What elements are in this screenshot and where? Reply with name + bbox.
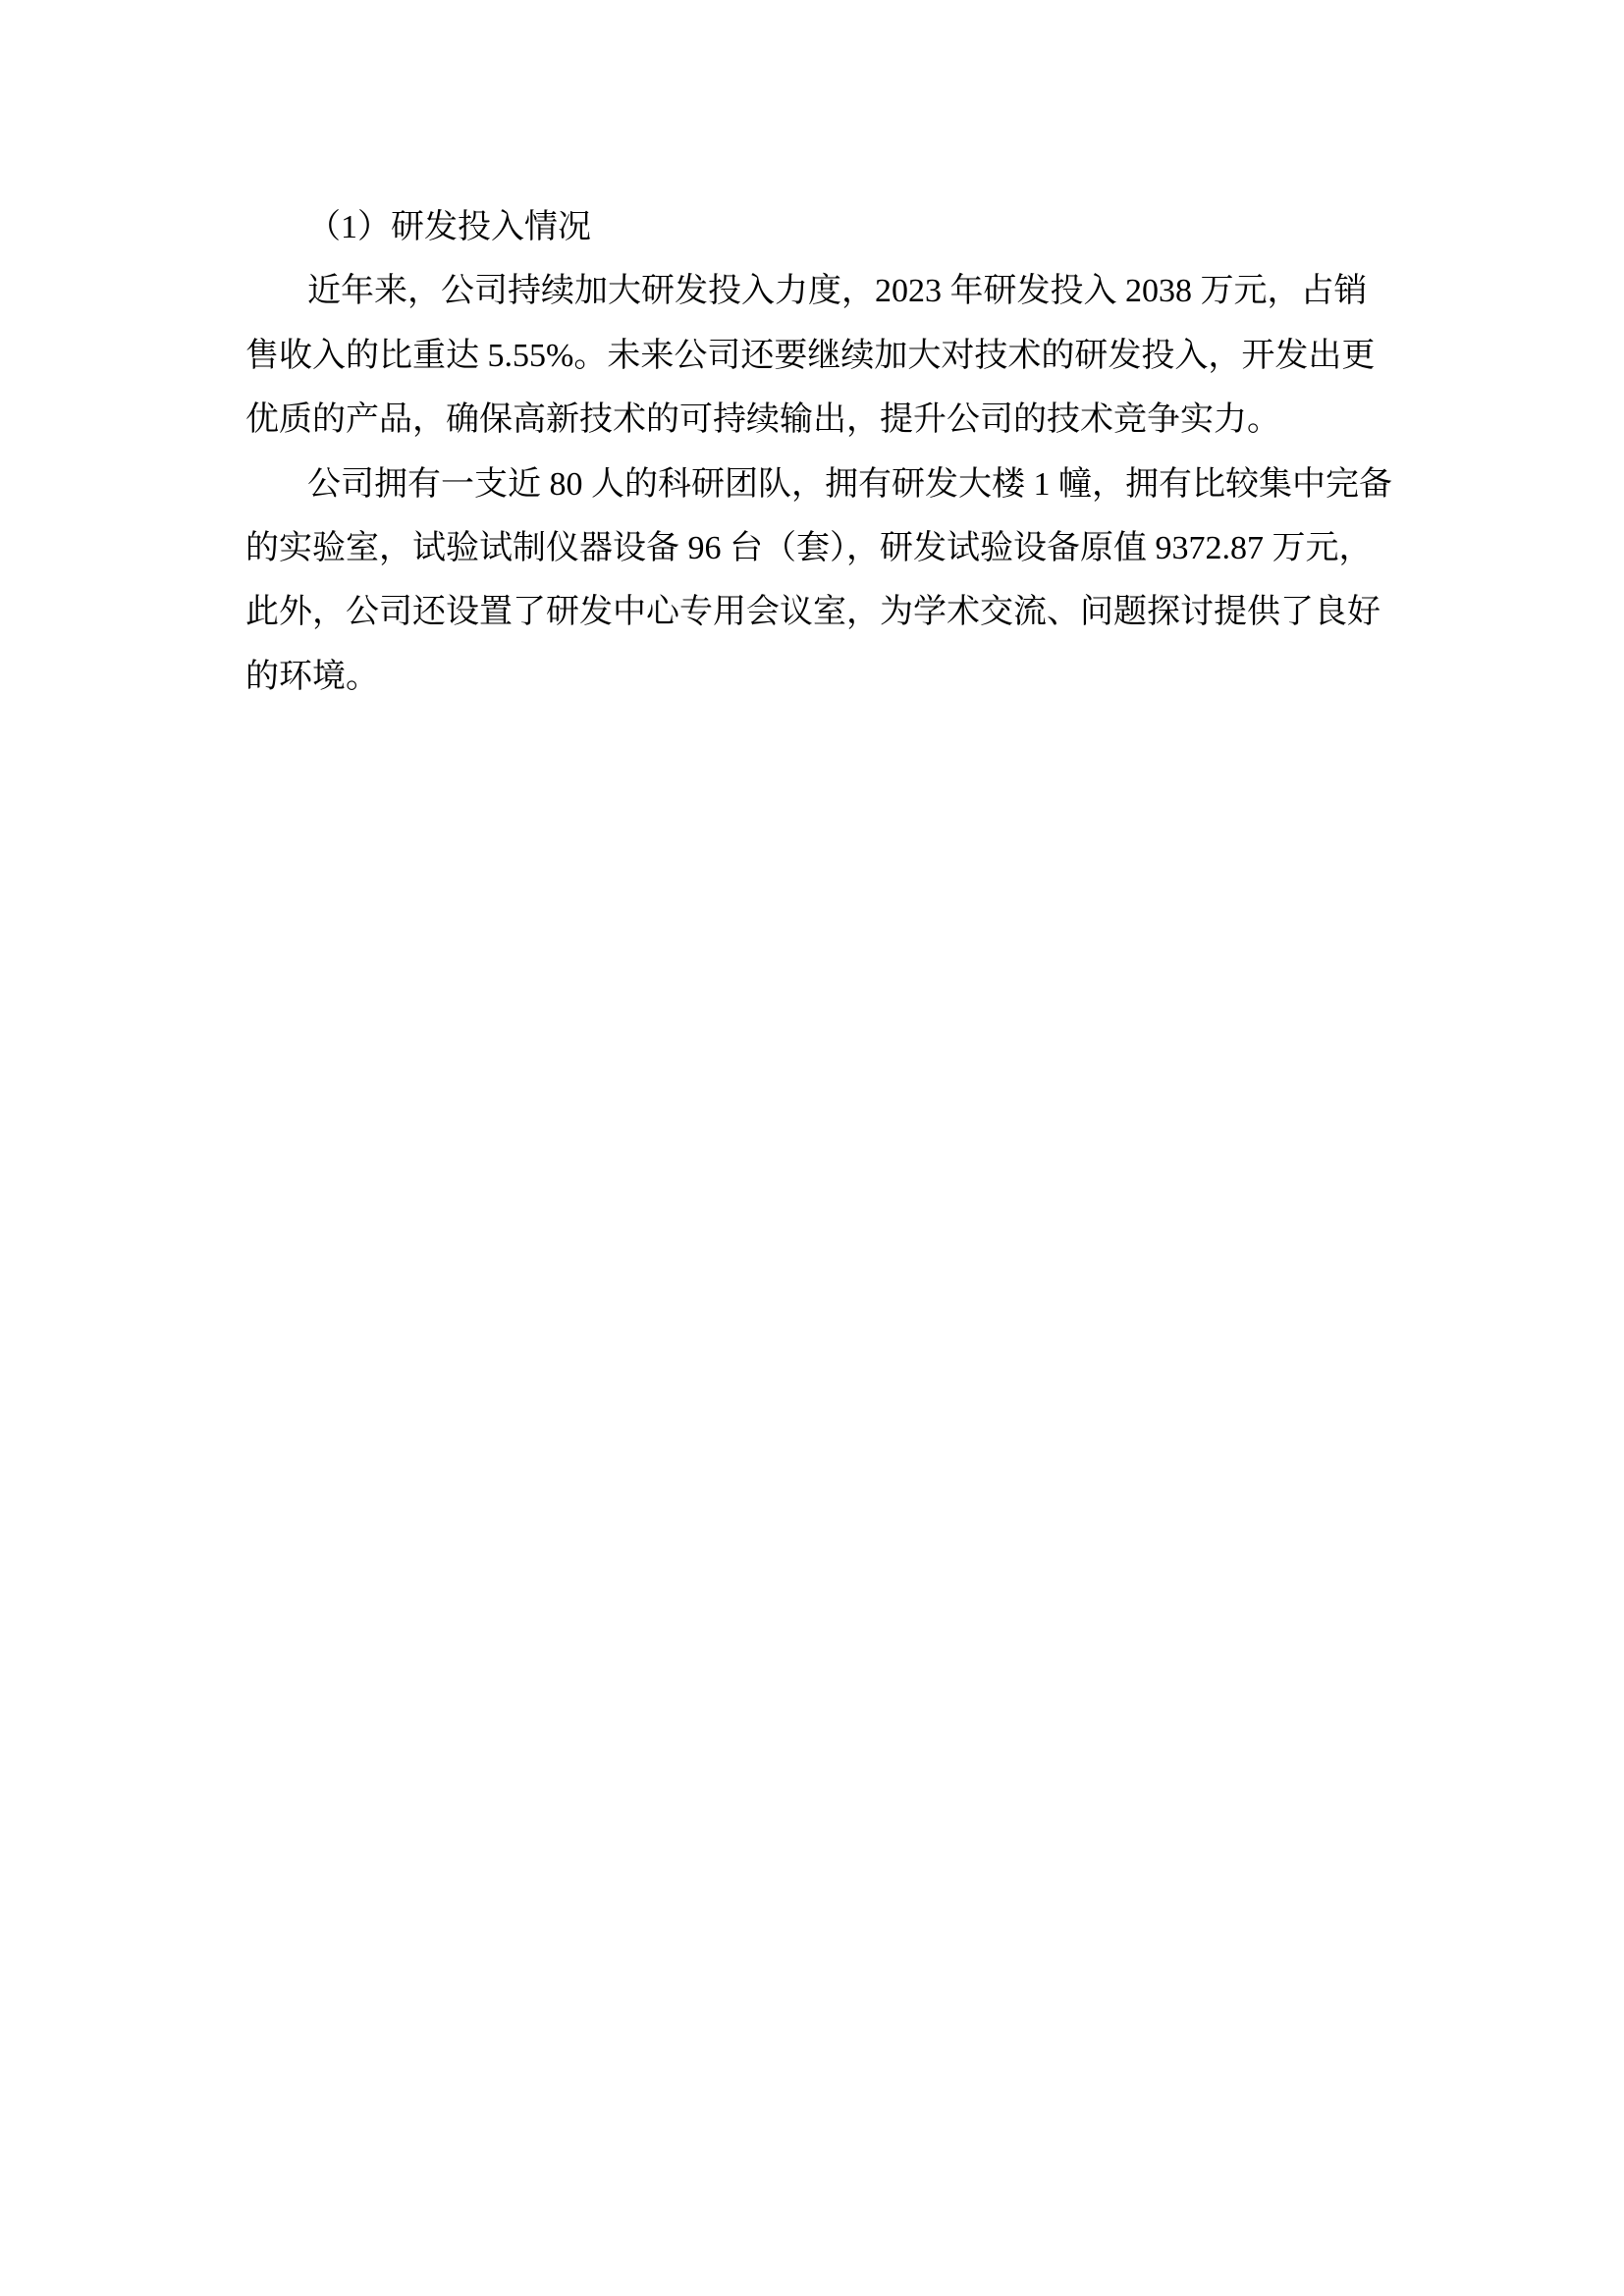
- document-page: （1）研发投入情况 近年来，公司持续加大研发投入力度，2023 年研发投入 20…: [0, 0, 1624, 2296]
- paragraph-line: 的环境。: [245, 645, 1365, 709]
- text-block: （1）研发投入情况 近年来，公司持续加大研发投入力度，2023 年研发投入 20…: [245, 195, 1365, 709]
- section-heading: （1）研发投入情况: [245, 195, 1365, 259]
- paragraph-line: 公司拥有一支近 80 人的科研团队，拥有研发大楼 1 幢，拥有比较集中完备: [245, 453, 1365, 516]
- paragraph-line: 的实验室，试验试制仪器设备 96 台（套），研发试验设备原值 9372.87 万…: [245, 516, 1365, 580]
- paragraph-line: 售收入的比重达 5.55%。未来公司还要继续加大对技术的研发投入，开发出更: [245, 324, 1365, 388]
- paragraph-line: 优质的产品，确保高新技术的可持续输出，提升公司的技术竞争实力。: [245, 388, 1365, 452]
- paragraph-line: 此外，公司还设置了研发中心专用会议室，为学术交流、问题探讨提供了良好: [245, 580, 1365, 644]
- paragraph-line: 近年来，公司持续加大研发投入力度，2023 年研发投入 2038 万元，占销: [245, 259, 1365, 323]
- paragraphs-container: 近年来，公司持续加大研发投入力度，2023 年研发投入 2038 万元，占销售收…: [245, 259, 1365, 709]
